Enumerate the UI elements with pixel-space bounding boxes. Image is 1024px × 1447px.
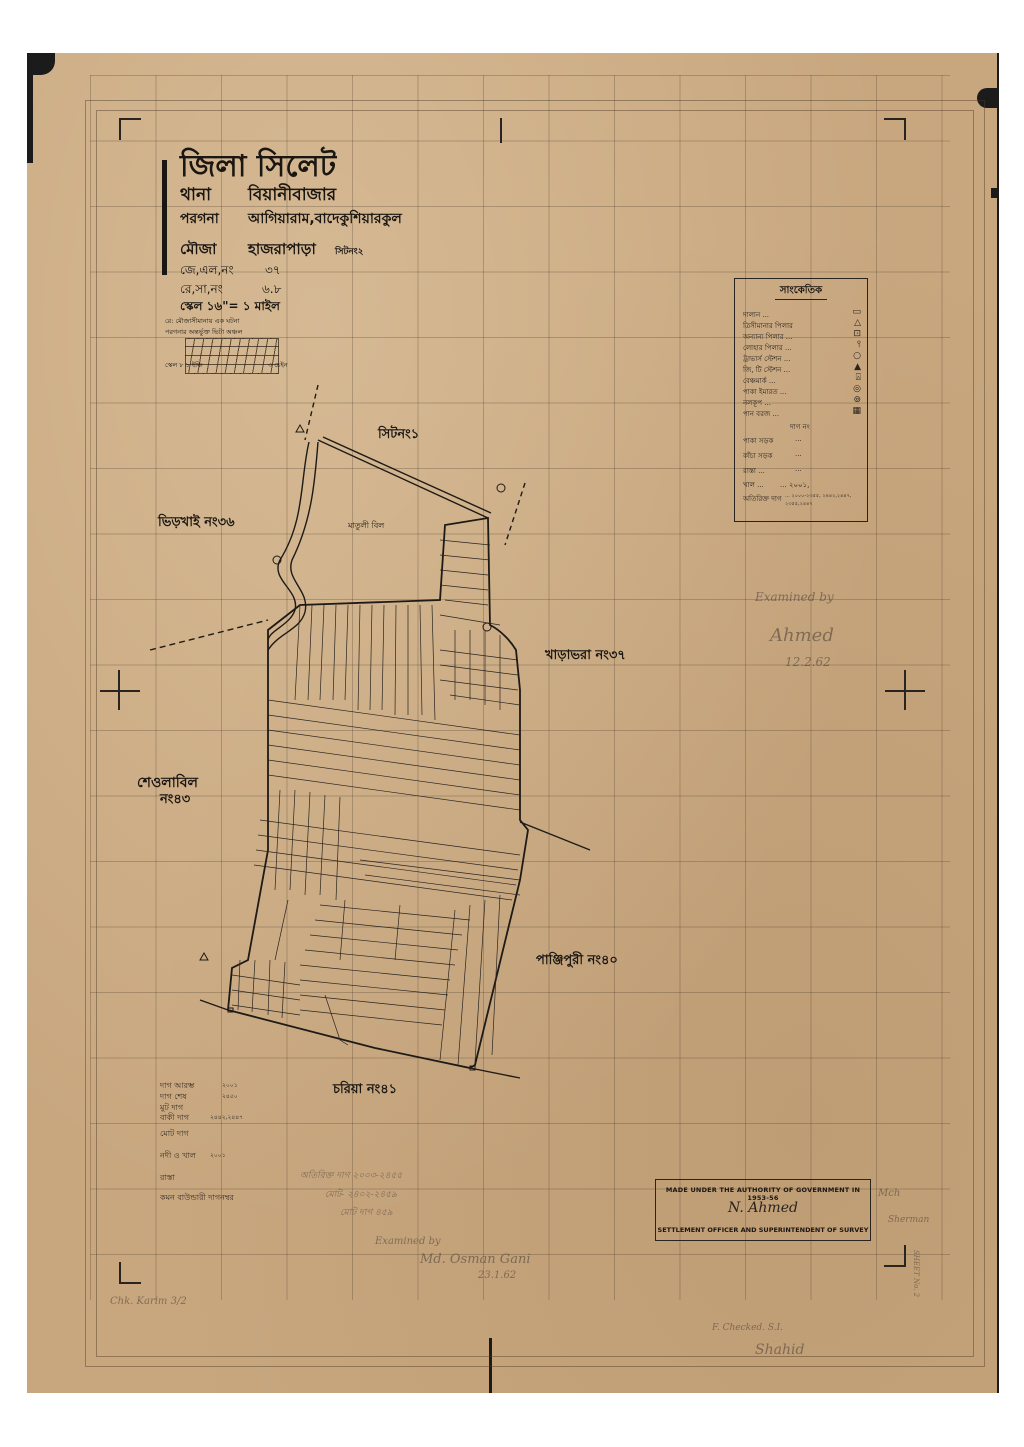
authority-bottom-line: SETTLEMENT OFFICER AND SUPERINTENDENT OF…	[656, 1226, 870, 1234]
neighbor-east: খাড়াভরা নং৩৭	[545, 646, 626, 667]
betel-garden-icon: ▦	[852, 406, 861, 416]
neighbor-southeast: পাঞ্জিপুরী নং৪০	[536, 951, 618, 972]
authority-block: MADE UNDER THE AUTHORITY OF GOVERNMENT I…	[655, 1179, 871, 1241]
beel-label: মাতুলী বিল	[348, 520, 384, 533]
summary-value: ২০০১	[222, 1080, 238, 1091]
summary-value: ২৪৫০	[222, 1091, 238, 1102]
right-note-2: Sherman	[888, 1215, 929, 1225]
legend-row-label: অতিরিক্ত দাগ	[743, 493, 782, 505]
neighbor-north: সিটনং১	[378, 425, 419, 446]
legend-title: সাংকেতিক	[735, 283, 867, 300]
benchmark-icon: ⍓	[856, 373, 861, 383]
trijunction-pillar-icon: △	[854, 318, 861, 328]
neighbor-southwest-no: নং৪৩	[160, 790, 190, 811]
legend-row-value: ...	[795, 435, 802, 443]
other-pillar-icon: ⊡	[853, 329, 861, 339]
margin-sheet-text: SHEET No. 2	[912, 1250, 920, 1297]
iron-pillar-icon: ⫯	[857, 340, 861, 350]
summary-value: ২০০১	[210, 1150, 226, 1161]
bottom-left-note: Chk. Karim 3/2	[110, 1296, 187, 1307]
pencil-range-1: অতিরিক্ত দাগ ২০০৩-২৪৫৫	[300, 1168, 402, 1183]
legend-row-label: পাকা সড়ক	[743, 435, 773, 447]
legend-row-value: ... ২০০১,	[780, 479, 809, 491]
right-note-1: Mch	[878, 1188, 900, 1199]
checked-note: Examined by	[755, 590, 834, 604]
pencil-range-2: মোট- ২৪০২-২৪৫৯	[325, 1187, 397, 1202]
legend-row-label: রাস্তা ...	[743, 465, 765, 477]
bottom-right-note-2: Shahid	[755, 1342, 804, 1358]
legend-box: সাংকেতিক দালান ... ▭ ত্রিসীমানার পিলার △…	[734, 278, 868, 522]
examined-date: 23.1.62	[478, 1270, 516, 1281]
tubewell-icon: ⊚	[853, 395, 861, 405]
legend-title-rule	[775, 299, 827, 300]
examiner-signature: Md. Osman Gani	[420, 1252, 530, 1267]
summary-label: রাস্তা	[160, 1172, 175, 1185]
examined-by-note: Examined by	[375, 1236, 441, 1247]
summary-label: নদী ও খাল	[160, 1150, 196, 1163]
neighbor-south: চরিয়া নং৪১	[333, 1080, 397, 1101]
checked-date: 12.2.62	[785, 655, 831, 669]
summary-label: বাকী দাগ	[160, 1112, 189, 1125]
summary-label: মোট দাগ	[160, 1128, 189, 1141]
neighbor-west: ভিড়খাই নং৩৬	[158, 513, 235, 534]
building-icon: ▭	[852, 307, 861, 317]
legend-row-label: কাঁচা সড়ক	[743, 450, 772, 462]
legend-item: পান বরজ ...	[743, 408, 779, 420]
legend-row-value: ... ২০০০-২৩৫৫, ২৪৪২,২৪৪৭, ২৩৫৫,২৪৪৭	[785, 493, 855, 509]
traverse-station-icon: ○	[853, 351, 861, 361]
checked-signature: Ahmed	[770, 625, 834, 646]
pucca-building-icon: ◎	[853, 384, 861, 394]
pencil-range-3: মোট দাগ ৪৫৯	[340, 1205, 393, 1220]
legend-row-value: ...	[795, 450, 802, 458]
legend-row-label: খাল ...	[743, 479, 764, 491]
gt-station-icon: ▲	[854, 362, 861, 372]
legend-section-label: দাগ নং	[790, 421, 810, 433]
bottom-right-note-1: F. Checked. S.I.	[712, 1323, 783, 1333]
authority-signature: N. Ahmed	[656, 1200, 870, 1216]
legend-row-value: ...	[795, 465, 802, 473]
summary-value: ২৪৪২,২৪৪৭	[210, 1112, 243, 1123]
summary-label: কমন বাউন্ডারী দাগনম্বর	[160, 1192, 234, 1205]
